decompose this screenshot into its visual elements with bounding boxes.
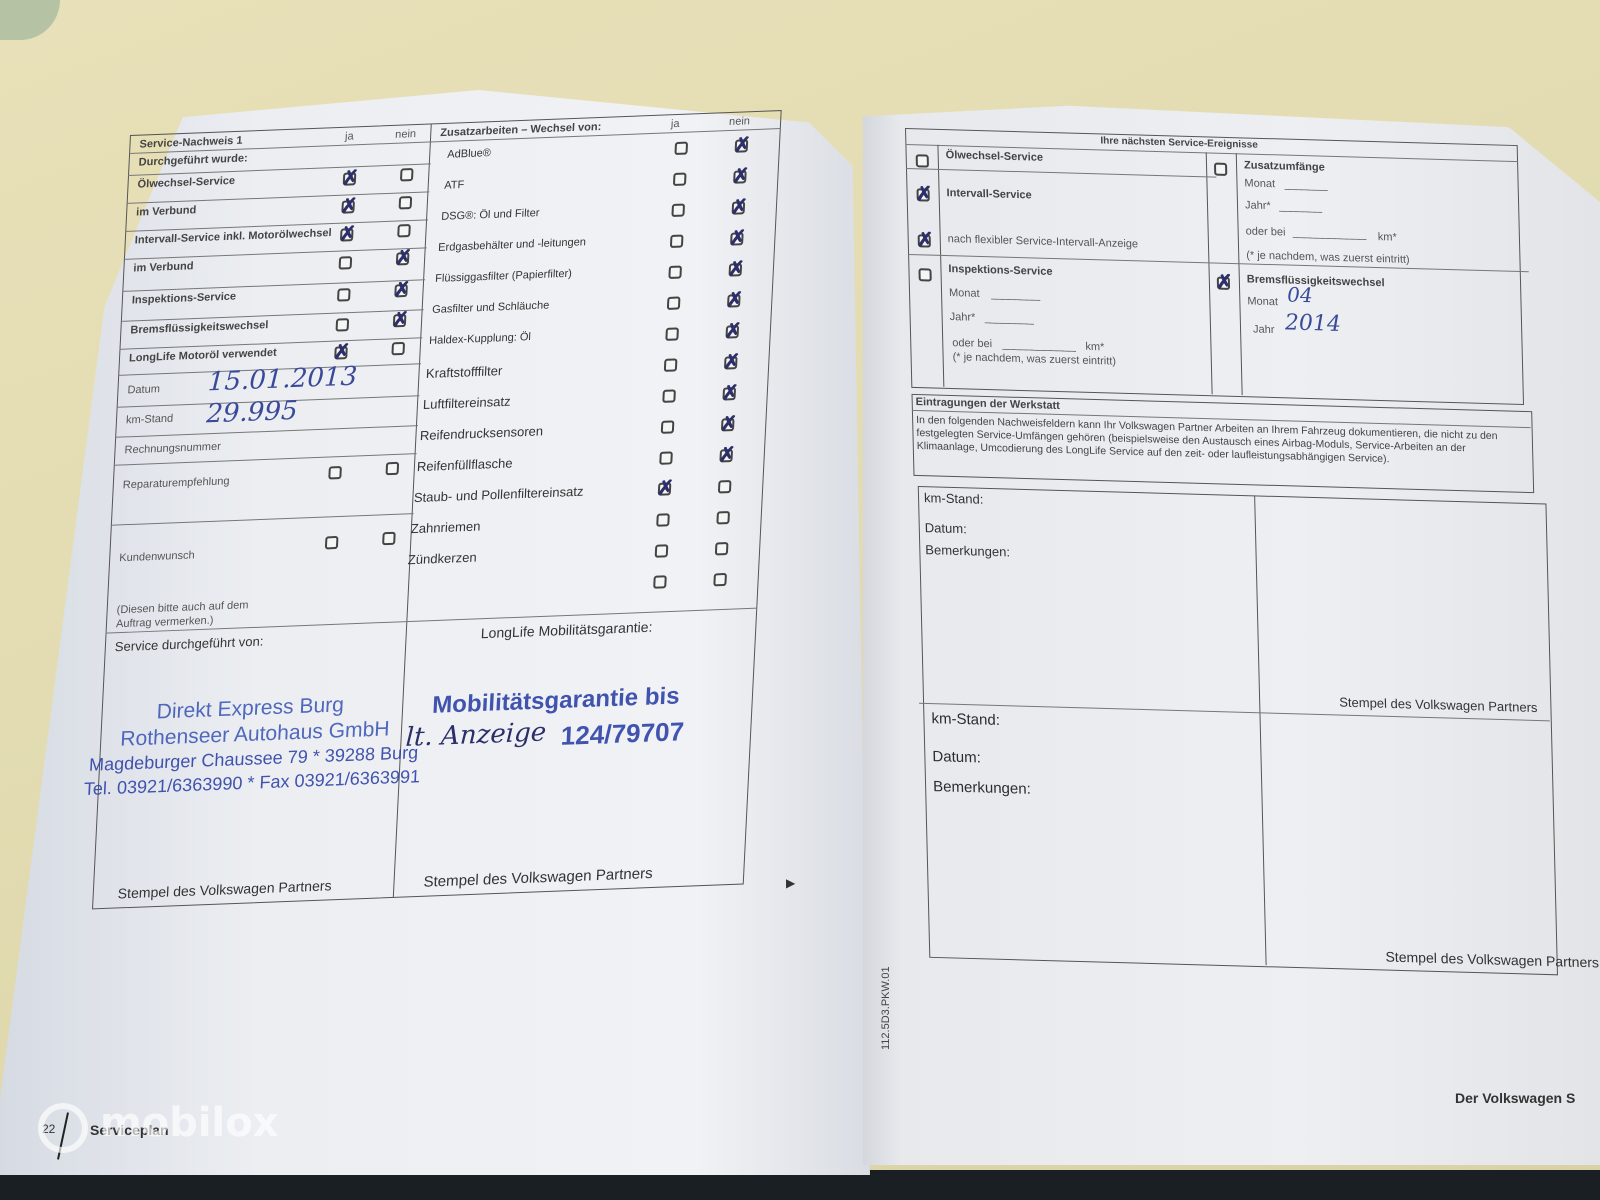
- extra-ja-checkbox[interactable]: [665, 327, 679, 340]
- extra-ja-checkbox[interactable]: [667, 296, 681, 309]
- extra-nein-checkbox[interactable]: [724, 356, 738, 369]
- intervall-label: Intervall-Service: [946, 187, 1031, 201]
- brems-jahr-label: Jahr: [1253, 324, 1275, 337]
- extras-col-nein: nein: [729, 115, 750, 128]
- footer-title: Der Volkswagen S: [1455, 1090, 1575, 1106]
- service-ja-checkbox[interactable]: [336, 318, 350, 331]
- extra-label: Kraftstofffilter: [426, 363, 503, 381]
- extra-ja-checkbox[interactable]: [670, 234, 684, 247]
- doc-code: 112.5D3.PKW.01: [880, 966, 892, 1050]
- zusatz-monat-label: Monat: [1244, 177, 1275, 190]
- km-value[interactable]: 29.995: [206, 396, 299, 429]
- service-label: im Verbund: [136, 204, 197, 218]
- extra-label: ATF: [444, 179, 465, 192]
- service-ja-checkbox[interactable]: [341, 200, 355, 213]
- extra-nein-checkbox[interactable]: [730, 232, 744, 245]
- extra-ja-checkbox[interactable]: [662, 389, 676, 402]
- extra-nein-checkbox[interactable]: [733, 170, 747, 183]
- datum-label: Datum: [127, 383, 160, 396]
- inspektion-monat-label: Monat: [949, 287, 980, 300]
- extra-label: AdBlue®: [447, 147, 491, 161]
- brems-jahr-value[interactable]: 2014: [1285, 310, 1342, 337]
- watermark-logo-icon: [38, 1103, 88, 1153]
- reparatur-nein-checkbox[interactable]: [386, 462, 400, 475]
- inspektion-jahr-field[interactable]: ________: [985, 312, 1034, 325]
- extra-nein-checkbox[interactable]: [728, 263, 742, 276]
- extra-ja-checkbox[interactable]: [671, 204, 685, 217]
- service-ja-checkbox[interactable]: [339, 256, 353, 269]
- next-page-arrow-icon: ▶: [786, 876, 795, 890]
- brems-monat-value[interactable]: 04: [1287, 282, 1313, 307]
- service-nein-checkbox[interactable]: [391, 342, 405, 355]
- zusatz-monat-field[interactable]: _______: [1284, 179, 1327, 192]
- extra-ja-checkbox[interactable]: [674, 142, 688, 155]
- service-nein-checkbox[interactable]: [393, 314, 407, 327]
- extra-nein-checkbox[interactable]: [727, 294, 741, 307]
- inspektion-km-unit: km*: [1085, 341, 1104, 354]
- extra-nein-checkbox[interactable]: [721, 418, 735, 431]
- zusatz-km-unit: km*: [1378, 231, 1397, 244]
- extra-ja-checkbox[interactable]: [673, 173, 687, 186]
- mobility-number: 124/79707: [560, 716, 685, 752]
- extra-nein-checkbox[interactable]: [718, 480, 732, 493]
- zusatz-jahr-field[interactable]: _______: [1279, 200, 1322, 213]
- extra-ja-checkbox[interactable]: [656, 513, 670, 526]
- zusatz-jahr-label: Jahr*: [1245, 199, 1271, 212]
- inspektion-km-field[interactable]: ____________: [1002, 338, 1076, 352]
- extra-label: Zündkerzen: [408, 550, 478, 568]
- extra-nein-checkbox[interactable]: [735, 139, 749, 152]
- extra-ja-checkbox[interactable]: [653, 575, 667, 588]
- extra-ja-checkbox[interactable]: [661, 420, 675, 433]
- inspektion-monat-field[interactable]: ________: [991, 288, 1040, 301]
- datum-value[interactable]: 15.01.2013: [207, 362, 358, 398]
- entry2-bemerkungen-label: Bemerkungen:: [933, 778, 1031, 798]
- service-ja-checkbox[interactable]: [343, 172, 357, 185]
- entry1-datum-label: Datum:: [925, 520, 967, 536]
- extra-nein-checkbox[interactable]: [715, 542, 729, 555]
- extra-nein-checkbox[interactable]: [719, 449, 733, 462]
- service-nein-checkbox[interactable]: [400, 168, 414, 181]
- extra-ja-checkbox[interactable]: [658, 482, 672, 495]
- service-label: im Verbund: [133, 260, 194, 274]
- extra-nein-checkbox[interactable]: [722, 387, 736, 400]
- flexibel-checkbox[interactable]: [918, 234, 931, 247]
- reparatur-ja-checkbox[interactable]: [328, 466, 342, 479]
- service-nein-checkbox[interactable]: [399, 196, 413, 209]
- service-nein-checkbox[interactable]: [396, 252, 410, 265]
- extra-nein-checkbox[interactable]: [716, 511, 730, 524]
- kundenwunsch-ja-checkbox[interactable]: [325, 536, 339, 549]
- service-record-form: Service-Nachweis 1 ja nein Durchgeführt …: [92, 110, 782, 909]
- zusatz-checkbox[interactable]: [1214, 163, 1227, 176]
- entry1-bemerkungen-label: Bemerkungen:: [925, 542, 1010, 559]
- extra-ja-checkbox[interactable]: [655, 544, 669, 557]
- extras-col-ja: ja: [671, 118, 680, 130]
- service-nein-checkbox[interactable]: [397, 224, 411, 237]
- intervall-checkbox[interactable]: [916, 188, 929, 201]
- entry2-km-label: km-Stand:: [931, 710, 1000, 729]
- extra-nein-checkbox[interactable]: [713, 573, 727, 586]
- extra-ja-checkbox[interactable]: [659, 451, 673, 464]
- inspektion-jahr-label: Jahr*: [949, 311, 975, 324]
- inspektion-checkbox[interactable]: [918, 268, 931, 281]
- zusatz-oderbei-label: oder bei: [1246, 225, 1286, 238]
- inspektion-oderbei-label: oder bei: [952, 337, 992, 350]
- entries-frame: [918, 486, 1558, 975]
- service-ja-checkbox[interactable]: [340, 228, 354, 241]
- kundenwunsch-nein-checkbox[interactable]: [382, 532, 396, 545]
- col-nein: nein: [395, 128, 416, 141]
- entry1-km-label: km-Stand:: [924, 490, 984, 507]
- watermark: mobilox: [100, 1100, 279, 1146]
- brems-checkbox[interactable]: [1217, 277, 1230, 290]
- brems-monat-label: Monat: [1247, 295, 1278, 308]
- col-ja: ja: [345, 130, 354, 142]
- extra-nein-checkbox[interactable]: [725, 325, 739, 338]
- background-object: [0, 0, 60, 40]
- oelwechsel-checkbox[interactable]: [916, 154, 929, 167]
- service-ja-checkbox[interactable]: [334, 346, 348, 359]
- service-ja-checkbox[interactable]: [337, 288, 351, 301]
- zusatz-km-field[interactable]: ____________: [1293, 227, 1367, 241]
- extra-ja-checkbox[interactable]: [668, 265, 682, 278]
- entry2-datum-label: Datum:: [932, 748, 981, 766]
- service-nein-checkbox[interactable]: [394, 284, 408, 297]
- mobility-handwritten: lt. Anzeige: [405, 717, 547, 752]
- zusatz-label: Zusatzumfänge: [1244, 159, 1325, 173]
- extra-label: Zahnriemen: [411, 519, 481, 537]
- extra-nein-checkbox[interactable]: [732, 201, 746, 214]
- next-service-form: Ihre nächsten Service-Ereignisse Ölwechs…: [905, 128, 1546, 975]
- km-label: km-Stand: [126, 413, 174, 427]
- extra-ja-checkbox[interactable]: [664, 358, 678, 371]
